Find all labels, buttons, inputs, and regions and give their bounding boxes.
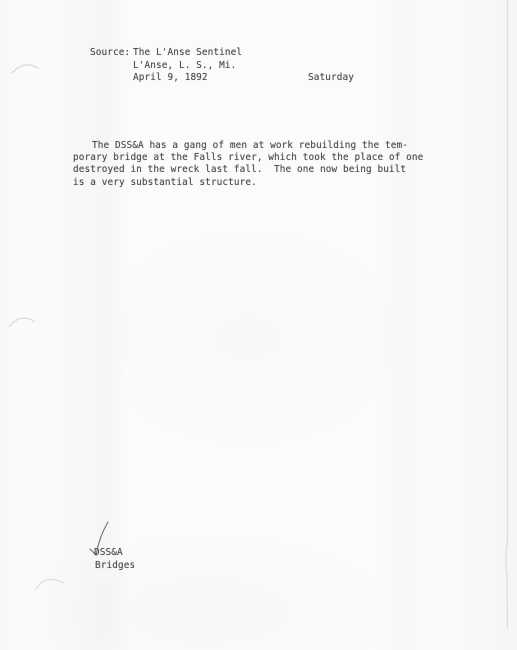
- source-label: Source:: [90, 47, 130, 59]
- article-line: porary bridge at the Falls river, which …: [73, 152, 423, 164]
- binder-arc-mark-middle: [9, 318, 35, 327]
- article-line: The DSS&A has a gang of men at work rebu…: [92, 140, 408, 152]
- binder-arc-mark-top: [12, 65, 39, 73]
- source-publication: The L'Anse Sentinel: [133, 47, 242, 59]
- scan-artifacts-layer: [0, 0, 517, 650]
- source-weekday: Saturday: [308, 72, 354, 84]
- scanned-document-page: Source: The L'Anse Sentinel L'Anse, L. S…: [0, 0, 517, 650]
- source-date: April 9, 1892: [133, 72, 208, 84]
- source-location: L'Anse, L. S., Mi.: [133, 60, 236, 72]
- article-line: destroyed in the wreck last fall. The on…: [73, 164, 406, 176]
- binder-arc-mark-bottom: [35, 579, 64, 591]
- paper-edge-line: [506, 0, 508, 629]
- index-label-category: Bridges: [95, 560, 135, 572]
- article-line: is a very substantial structure.: [73, 177, 257, 189]
- index-label-subject: DSS&A: [94, 547, 123, 559]
